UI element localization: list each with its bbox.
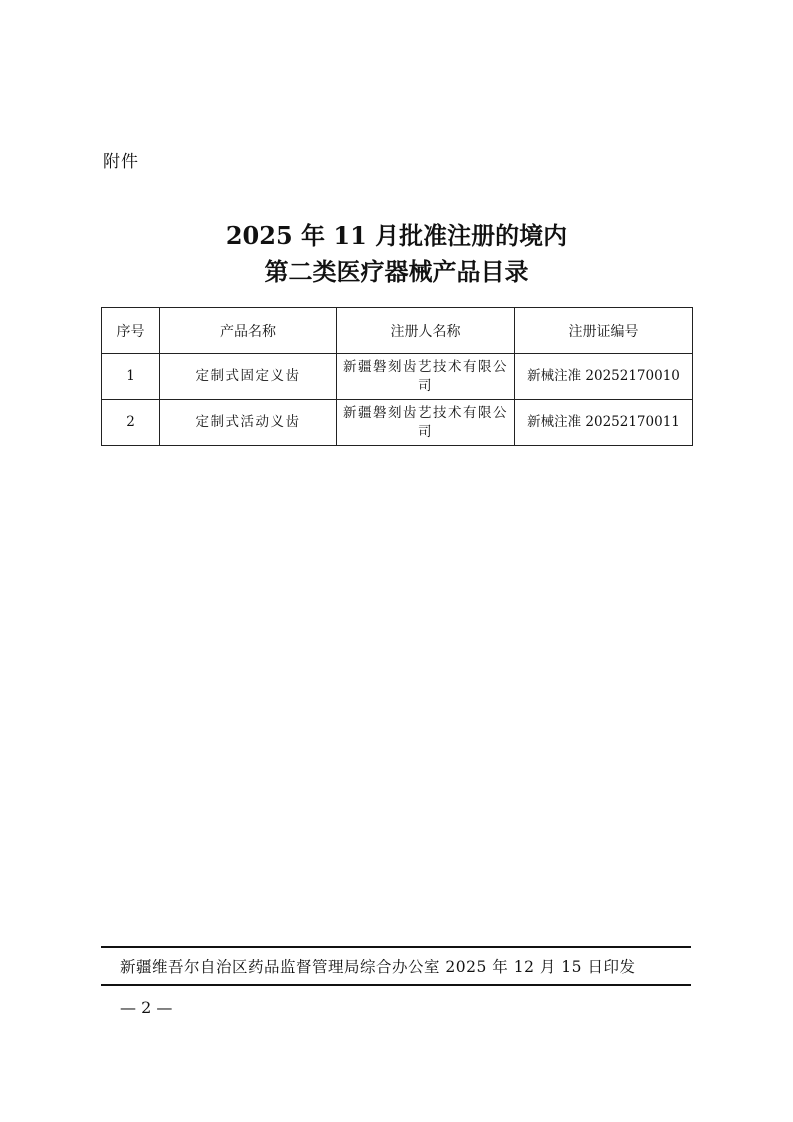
cell-product-name: 定制式固定义齿 (160, 354, 337, 400)
product-catalog-table: 序号 产品名称 注册人名称 注册证编号 1 定制式固定义齿 新疆磐刻齿艺技术有限… (101, 307, 693, 446)
document-title: 2025 年 11 月批准注册的境内 第二类医疗器械产品目录 (0, 218, 793, 290)
cell-registrant-name: 新疆磐刻齿艺技术有限公司 (337, 354, 515, 400)
cell-certificate-number: 新械注准 20252170011 (515, 400, 693, 446)
table-row: 2 定制式活动义齿 新疆磐刻齿艺技术有限公司 新械注准 20252170011 (102, 400, 693, 446)
cell-index: 1 (102, 354, 160, 400)
header-product-name: 产品名称 (160, 308, 337, 354)
cell-certificate-number: 新械注准 20252170010 (515, 354, 693, 400)
title-line-2: 第二类医疗器械产品目录 (0, 254, 793, 290)
footer-bottom-rule (101, 984, 691, 986)
title-line-1: 2025 年 11 月批准注册的境内 (0, 218, 793, 254)
cell-index: 2 (102, 400, 160, 446)
attachment-label: 附件 (103, 147, 139, 172)
header-certificate-number: 注册证编号 (515, 308, 693, 354)
header-registrant-name: 注册人名称 (337, 308, 515, 354)
issuer-line: 新疆维吾尔自治区药品监督管理局综合办公室 2025 年 12 月 15 日印发 (120, 955, 635, 977)
table-row: 1 定制式固定义齿 新疆磐刻齿艺技术有限公司 新械注准 20252170010 (102, 354, 693, 400)
header-index: 序号 (102, 308, 160, 354)
cell-product-name: 定制式活动义齿 (160, 400, 337, 446)
page-number: — 2 — (120, 998, 172, 1017)
table-header-row: 序号 产品名称 注册人名称 注册证编号 (102, 308, 693, 354)
cell-registrant-name: 新疆磐刻齿艺技术有限公司 (337, 400, 515, 446)
footer-top-rule (101, 946, 691, 948)
